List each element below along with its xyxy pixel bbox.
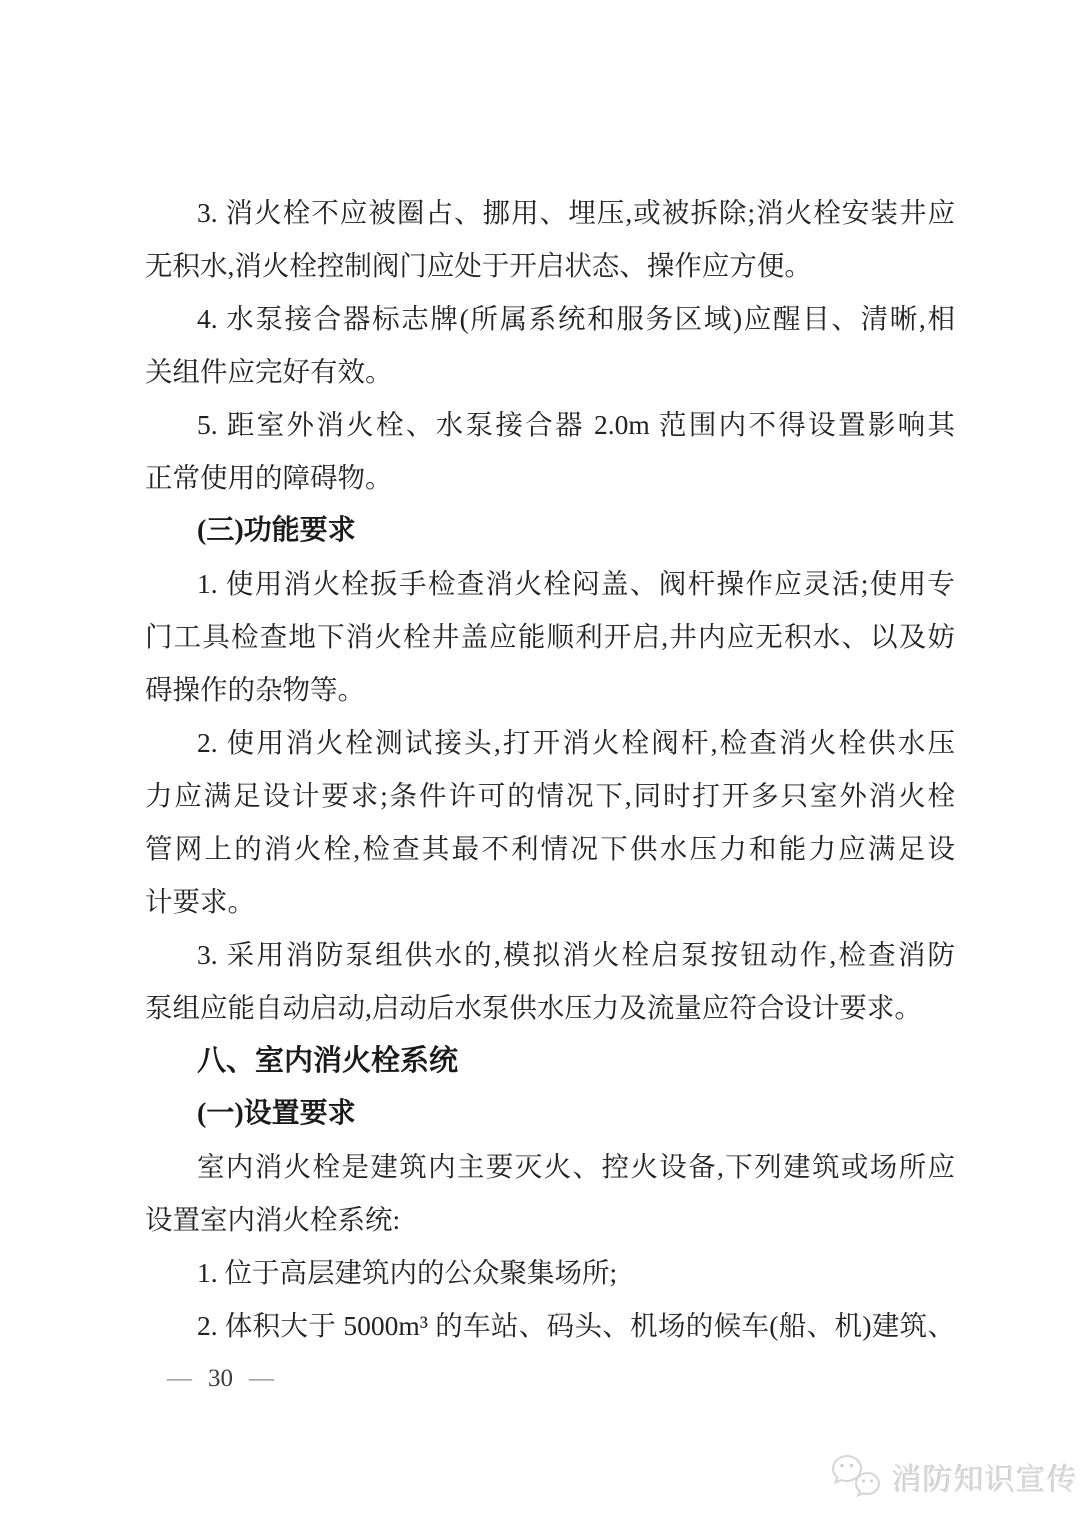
text-line: 2. 使用消火栓测试接头,打开消火栓阀杆,检查消火栓供水压 [145,716,955,769]
text-line: 管网上的消火栓,检查其最不利情况下供水压力和能力应满足设 [145,822,955,875]
page-number-value: 30 [208,1365,233,1392]
text-line: 计要求。 [145,875,955,928]
page-number: —30— [167,1352,274,1405]
text-line: 力应满足设计要求;条件许可的情况下,同时打开多只室外消火栓 [145,769,955,822]
wechat-icon [830,1453,882,1501]
document-content: 3. 消火栓不应被圈占、挪用、埋压,或被拆除;消火栓安装井应无积水,消火栓控制阀… [145,186,955,1352]
document-page: 3. 消火栓不应被圈占、挪用、埋压,或被拆除;消火栓安装井应无积水,消火栓控制阀… [0,0,1080,1527]
text-line: 关组件应完好有效。 [145,345,955,398]
text-line: 正常使用的障碍物。 [145,451,955,504]
text-line: 4. 水泵接合器标志牌(所属系统和服务区域)应醒目、清晰,相 [145,292,955,345]
text-line: 室内消火栓是建筑内主要灭火、控火设备,下列建筑或场所应 [145,1140,955,1193]
subsection-heading: (一)设置要求 [145,1087,955,1140]
text-line: 3. 消火栓不应被圈占、挪用、埋压,或被拆除;消火栓安装井应 [145,186,955,239]
text-line: 1. 位于高层建筑内的公众聚集场所; [145,1246,955,1299]
text-line: 5. 距室外消火栓、水泵接合器 2.0m 范围内不得设置影响其 [145,398,955,451]
text-line: 设置室内消火栓系统: [145,1193,955,1246]
text-line: 碍操作的杂物等。 [145,663,955,716]
text-line: 1. 使用消火栓扳手检查消火栓闷盖、阀杆操作应灵活;使用专 [145,557,955,610]
text-line: 门工具检查地下消火栓井盖应能顺利开启,井内应无积水、以及妨 [145,610,955,663]
page-dash-left: — [167,1365,192,1392]
subsection-heading: (三)功能要求 [145,504,955,557]
section-heading: 八、室内消火栓系统 [145,1034,955,1087]
text-line: 2. 体积大于 5000m³ 的车站、码头、机场的候车(船、机)建筑、 [145,1299,955,1352]
text-line: 3. 采用消防泵组供水的,模拟消火栓启泵按钮动作,检查消防 [145,928,955,981]
watermark-label: 消防知识宣传 [892,1455,1078,1499]
text-line: 泵组应能自动启动,启动后水泵供水压力及流量应符合设计要求。 [145,981,955,1034]
watermark: 消防知识宣传 [830,1450,1078,1504]
page-dash-right: — [249,1365,274,1392]
text-line: 无积水,消火栓控制阀门应处于开启状态、操作应方便。 [145,239,955,292]
